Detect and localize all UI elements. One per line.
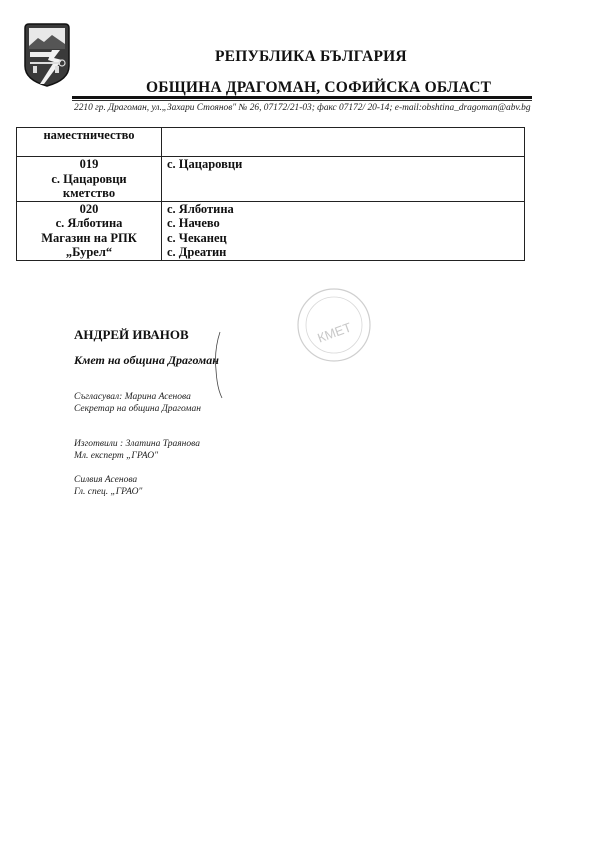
section-number: 019	[22, 157, 156, 172]
villages-cell: с. Цацаровци	[162, 157, 525, 202]
signatory-name: АНДРЕЙ ИВАНОВ	[74, 327, 189, 343]
contact-address: 2210 гр. Драгоман, ул.„Захари Стоянов" №…	[74, 103, 531, 113]
agreed-by-block: Съгласувал: Марина Асенова Секретар на о…	[74, 392, 201, 415]
table-row: 019 с. Цацаровци кметство с. Цацаровци	[17, 157, 525, 202]
prepared-by-name: Изготвили : Златина Траянова	[74, 439, 200, 451]
villages-cell	[162, 128, 525, 157]
table-row: наместничество	[17, 128, 525, 157]
prepared-by-block: Изготвили : Златина Траянова Мл. експерт…	[74, 439, 200, 462]
section-cell: наместничество	[17, 128, 162, 157]
coat-of-arms-icon	[22, 22, 72, 88]
municipality-title: ОБЩИНА ДРАГОМАН, СОФИЙСКА ОБЛАСТ	[146, 79, 491, 97]
prepared-by-title: Мл. експерт „ГРАО"	[74, 451, 200, 463]
table-row: 020 с. Ялботина Магазин на РПК „Бурел“ с…	[17, 201, 525, 260]
section-cell: 019 с. Цацаровци кметство	[17, 157, 162, 202]
agreed-by-name: Съгласувал: Марина Асенова	[74, 392, 201, 404]
villages-cell: с. Ялботина с. Начево с. Чеканец с. Дреа…	[162, 201, 525, 260]
co-preparer-block: Силвия Асенова Гл. спец. „ГРАО"	[74, 475, 142, 498]
polling-sections-table: наместничество 019 с. Цацаровци кметство…	[16, 127, 525, 261]
signatory-role: Кмет на община Драгоман	[74, 353, 219, 368]
svg-text:КМЕТ: КМЕТ	[315, 319, 353, 345]
co-preparer-name: Силвия Асенова	[74, 475, 142, 487]
agreed-by-title: Секретар на община Драгоман	[74, 404, 201, 416]
country-title: РЕПУБЛИКА БЪЛГАРИЯ	[215, 48, 407, 66]
header-rule	[72, 96, 532, 99]
section-cell: 020 с. Ялботина Магазин на РПК „Бурел“	[17, 201, 162, 260]
handwritten-signature-icon	[210, 330, 230, 400]
official-stamp-icon: КМЕТ	[296, 285, 376, 365]
co-preparer-title: Гл. спец. „ГРАО"	[74, 487, 142, 499]
section-number: 020	[22, 202, 156, 217]
header-rule-thin	[72, 100, 532, 101]
